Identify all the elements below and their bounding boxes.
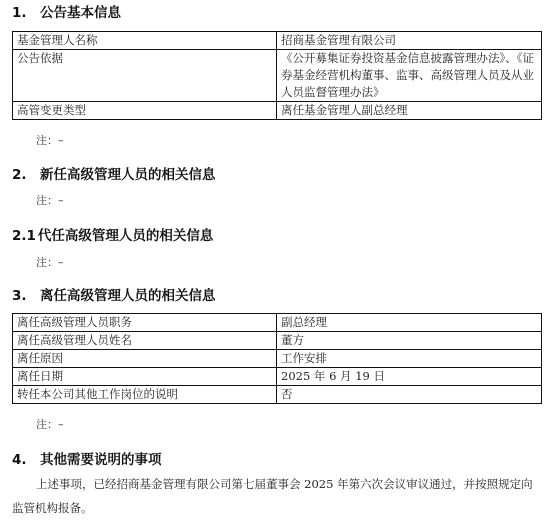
row-value: 董方 [277, 332, 542, 350]
row-label: 离任高级管理人员姓名 [13, 332, 277, 350]
note: 注：– [36, 256, 64, 270]
table-row: 转任本公司其他工作岗位的说明 否 [13, 386, 542, 404]
section-2-1-heading: 2.1代任高级管理人员的相关信息 [12, 227, 213, 245]
row-label: 高管变更类型 [13, 102, 277, 120]
section-number: 1. [12, 4, 40, 22]
note: 注：– [36, 134, 64, 148]
section-2-heading: 2.新任高级管理人员的相关信息 [12, 166, 216, 184]
note: 注：– [36, 418, 64, 432]
table-row: 公告依据 《公开募集证券投资基金信息披露管理办法》、《证券基金经营机构董事、监事… [13, 50, 542, 102]
row-label: 公告依据 [13, 50, 277, 102]
table-row: 基金管理人名称 招商基金管理有限公司 [13, 32, 542, 50]
section-number: 4. [12, 451, 40, 469]
row-label: 基金管理人名称 [13, 32, 277, 50]
row-value: 工作安排 [277, 350, 542, 368]
section-3-heading: 3.离任高级管理人员的相关信息 [12, 287, 216, 305]
table-row: 高管变更类型 离任基金管理人副总经理 [13, 102, 542, 120]
row-label: 离任高级管理人员职务 [13, 314, 277, 332]
section-1-heading: 1.公告基本信息 [12, 4, 121, 22]
section-title: 代任高级管理人员的相关信息 [38, 228, 214, 244]
row-value: 招商基金管理有限公司 [277, 32, 542, 50]
section-title: 离任高级管理人员的相关信息 [40, 288, 216, 304]
row-label: 离任原因 [13, 350, 277, 368]
section-number: 2.1 [12, 227, 36, 245]
departing-officer-table: 离任高级管理人员职务 副总经理 离任高级管理人员姓名 董方 离任原因 工作安排 … [12, 313, 542, 404]
row-value: 副总经理 [277, 314, 542, 332]
row-value: 2025 年 6 月 19 日 [277, 368, 542, 386]
row-label: 转任本公司其他工作岗位的说明 [13, 386, 277, 404]
section-4-paragraph: 上述事项，已经招商基金管理有限公司第七届董事会 2025 年第六次会议审议通过，… [12, 472, 542, 520]
basic-info-table: 基金管理人名称 招商基金管理有限公司 公告依据 《公开募集证券投资基金信息披露管… [12, 31, 542, 120]
row-value: 否 [277, 386, 542, 404]
row-value: 离任基金管理人副总经理 [277, 102, 542, 120]
section-number: 2. [12, 166, 40, 184]
note: 注：– [36, 194, 64, 208]
table-row: 离任原因 工作安排 [13, 350, 542, 368]
section-title: 新任高级管理人员的相关信息 [40, 167, 216, 183]
row-label: 离任日期 [13, 368, 277, 386]
section-number: 3. [12, 287, 40, 305]
section-title: 公告基本信息 [40, 5, 121, 21]
table-row: 离任日期 2025 年 6 月 19 日 [13, 368, 542, 386]
row-value: 《公开募集证券投资基金信息披露管理办法》、《证券基金经营机构董事、监事、高级管理… [277, 50, 542, 102]
section-4-heading: 4.其他需要说明的事项 [12, 451, 162, 469]
table-row: 离任高级管理人员姓名 董方 [13, 332, 542, 350]
section-title: 其他需要说明的事项 [40, 452, 162, 468]
table-row: 离任高级管理人员职务 副总经理 [13, 314, 542, 332]
